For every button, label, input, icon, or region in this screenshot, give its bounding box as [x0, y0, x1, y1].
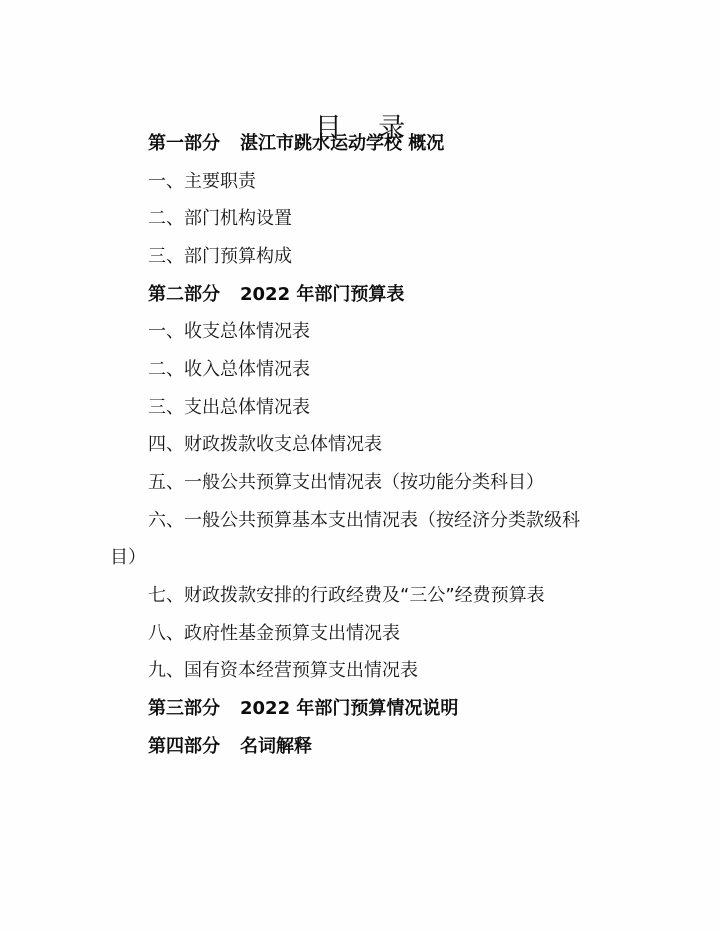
toc-item-continuation[interactable]: 目）: [110, 546, 146, 570]
toc-part-2[interactable]: 第二部分2022 年部门预算表: [148, 283, 404, 307]
part-title: 湛江市跳水运动学校 概况: [240, 133, 444, 154]
part-title: 2022 年部门预算表: [240, 284, 404, 305]
toc-item[interactable]: 二、部门机构设置: [148, 207, 292, 231]
part-number: 第一部分: [148, 133, 220, 154]
toc-item[interactable]: 五、一般公共预算支出情况表（按功能分类科目）: [148, 471, 544, 495]
part-number: 第二部分: [148, 284, 220, 305]
toc-item[interactable]: 九、国有资本经营预算支出情况表: [148, 659, 418, 683]
toc-item[interactable]: 一、主要职责: [148, 170, 256, 194]
toc-part-4[interactable]: 第四部分名词解释: [148, 735, 312, 759]
toc-item[interactable]: 三、部门预算构成: [148, 245, 292, 269]
toc-item[interactable]: 三、支出总体情况表: [148, 396, 310, 420]
toc-item[interactable]: 一、收支总体情况表: [148, 320, 310, 344]
toc-item[interactable]: 二、收入总体情况表: [148, 358, 310, 382]
toc-part-3[interactable]: 第三部分2022 年部门预算情况说明: [148, 697, 458, 721]
toc-item[interactable]: 四、财政拨款收支总体情况表: [148, 433, 382, 457]
part-number: 第三部分: [148, 698, 220, 719]
part-title: 2022 年部门预算情况说明: [240, 698, 458, 719]
toc-item[interactable]: 八、政府性基金预算支出情况表: [148, 622, 400, 646]
part-title: 名词解释: [240, 736, 312, 757]
part-number: 第四部分: [148, 736, 220, 757]
toc-part-1[interactable]: 第一部分湛江市跳水运动学校 概况: [148, 132, 444, 156]
toc-item[interactable]: 六、一般公共预算基本支出情况表（按经济分类款级科: [148, 509, 580, 533]
document-page: 目 录 第一部分湛江市跳水运动学校 概况 一、主要职责 二、部门机构设置 三、部…: [0, 0, 720, 931]
toc-item[interactable]: 七、财政拨款安排的行政经费及“三公”经费预算表: [148, 584, 545, 608]
